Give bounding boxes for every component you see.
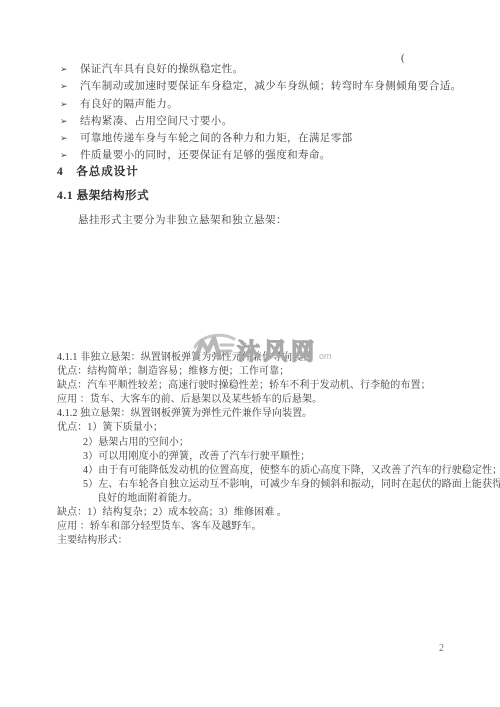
section-heading-4: 4 各总成设计 [57, 163, 139, 179]
document-page: ( ➢ 保证汽车具有良好的操纵稳定性。 ➢ 汽车制动或加速时要保证车身稳定，减少… [0, 0, 500, 707]
bullet-arrow-icon: ➢ [60, 61, 80, 78]
body-text-line: 优点：结构简单；制造容易；维修方便；工作可靠； [57, 365, 477, 379]
body-text-line: 2）悬架占用的空间小； [57, 436, 477, 450]
page-number: 2 [439, 643, 444, 654]
bullet-item-text: 保证汽车具有良好的操纵稳定性。 [80, 61, 244, 78]
bullet-list-item: ➢ 保证汽车具有良好的操纵稳定性。 [60, 61, 470, 78]
body-text-block: 4.1.1 非独立悬架：纵置钢板弹簧为弹性元件兼作导向装置 优点：结构简单；制造… [57, 351, 477, 548]
bullet-list-item: ➢ 可靠地传递车身与车轮之间的各种力和力矩，在满足零部 [60, 130, 470, 147]
bullet-item-text: 结构紧凑、占用空间尺寸要小。 [80, 113, 233, 130]
body-text-line: 应用 ：货车、大客车的前、后悬架以及某些轿车的后悬架。 [57, 393, 477, 407]
body-text-line: 优点：1）簧下质量小； [57, 421, 477, 435]
bullet-arrow-icon: ➢ [60, 78, 80, 95]
body-text-line: 应用 ：轿车和部分轻型货车、客车及越野车。 [57, 520, 477, 534]
bullet-arrow-icon: ➢ [60, 96, 80, 113]
bullet-arrow-icon: ➢ [60, 113, 80, 130]
body-text-line: 缺点：1）结构复杂；2）成本较高；3）维修困难 。 [57, 506, 477, 520]
body-text-line: 主要结构形式： [57, 534, 477, 548]
bullet-list-item: ➢ 汽车制动或加速时要保证车身稳定，减少车身纵倾；转弯时车身侧倾角要合适。 [60, 78, 470, 95]
body-text-line: 3）可以用刚度小的弹簧，改善了汽车行驶平顺性； [57, 450, 477, 464]
bullet-list-item: ➢ 有良好的隔声能力。 [60, 96, 470, 113]
bullet-item-text: 汽车制动或加速时要保证车身稳定，减少车身纵倾；转弯时车身侧倾角要合适。 [80, 78, 462, 95]
bullet-arrow-icon: ➢ [60, 130, 80, 147]
intro-paragraph: 悬挂形式主要分为非独立悬架和独立悬架： [78, 212, 287, 227]
body-text-line: 4.1.2 独立悬架：纵置钢板弹簧为弹性元件兼作导向装置。 [57, 407, 477, 421]
bullet-item-text: 可靠地传递车身与车轮之间的各种力和力矩，在满足零部 [80, 130, 353, 147]
body-text-line: 4.1.1 非独立悬架：纵置钢板弹簧为弹性元件兼作导向装置 [57, 351, 477, 365]
bullet-list: ➢ 保证汽车具有良好的操纵稳定性。 ➢ 汽车制动或加速时要保证车身稳定，减少车身… [60, 61, 470, 165]
body-text-line: 4）由于有可能降低发动机的位置高度，使整车的质心高度下降，又改善了汽车的行驶稳定… [57, 464, 477, 478]
body-text-line: 良好的地面附着能力。 [57, 492, 477, 506]
bullet-list-item: ➢ 结构紧凑、占用空间尺寸要小。 [60, 113, 470, 130]
body-text-line: 缺点：汽车平顺性较差；高速行驶时操稳性差；轿车不利于发动机、行李舱的布置； [57, 379, 477, 393]
bullet-item-text: 有良好的隔声能力。 [80, 96, 178, 113]
section-heading-4-1: 4.1 悬架结构形式 [57, 187, 149, 203]
body-text-line: 5）左、右车轮各自独立运动互不影响，可减少车身的倾斜和振动，同时在起伏的路面上能… [57, 478, 477, 492]
